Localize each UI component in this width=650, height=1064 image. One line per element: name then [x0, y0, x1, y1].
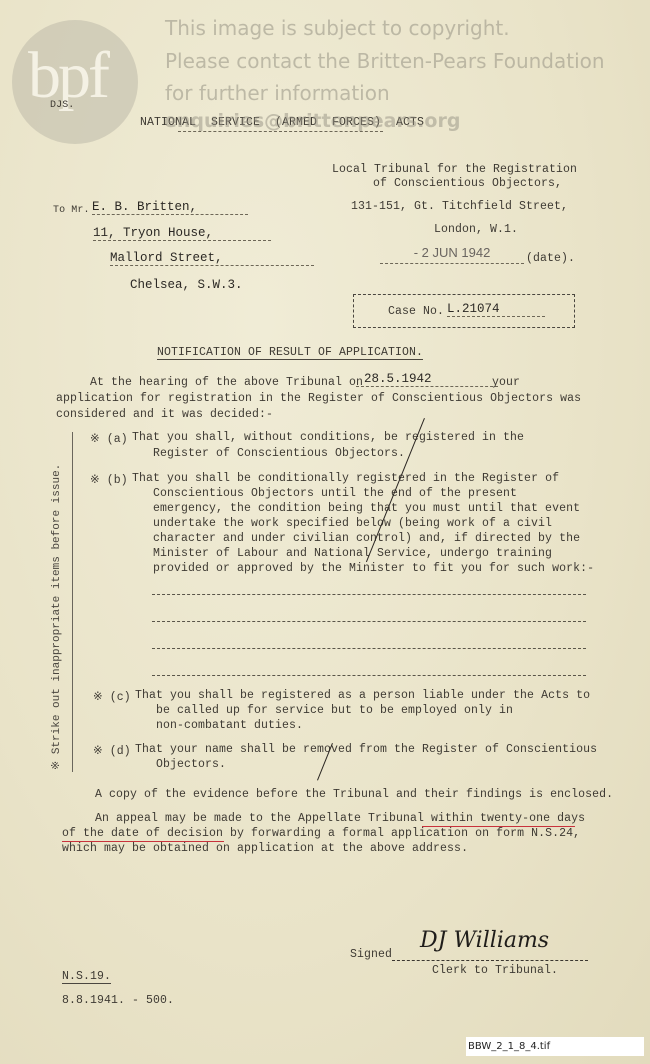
signed-label: Signed	[350, 948, 392, 961]
tribunal-name-line-1: Local Tribunal for the Registration	[332, 163, 577, 176]
work-fill-line-1	[152, 594, 586, 595]
date-stamp: - 2 JUN 1942	[380, 245, 524, 264]
watermark-line-1: This image is subject to copyright.	[165, 16, 510, 40]
recipient-prefix: To Mr.	[53, 205, 90, 216]
signature-line	[392, 960, 588, 961]
item-b-line-2: Conscientious Objectors until the end of…	[153, 487, 517, 500]
watermark-email: enquiries@brittenpears.org	[164, 110, 460, 132]
tribunal-address-2: London, W.1.	[434, 223, 518, 236]
appeal-line-3: which may be obtained on application at …	[62, 842, 468, 855]
item-c-line-2: be called up for service but to be emplo…	[156, 704, 513, 717]
work-fill-line-4	[152, 675, 586, 676]
item-d-line-1: That your name shall be removed from the…	[135, 743, 597, 756]
item-a-mark: ※ (a)	[90, 431, 128, 446]
item-c-line-3: non-combatant duties.	[156, 719, 303, 732]
recipient-name: E. B. Britten,	[92, 200, 248, 215]
header-underline	[178, 131, 383, 132]
tribunal-name-line-2: of Conscientious Objectors,	[373, 177, 562, 190]
intro-line-3: considered and it was decided:-	[56, 408, 273, 421]
item-b-line-1: That you shall be conditionally register…	[132, 472, 559, 485]
tribunal-address-1: 131-151, Gt. Titchfield Street,	[351, 200, 568, 213]
notice-title: NOTIFICATION OF RESULT OF APPLICATION.	[157, 346, 423, 360]
item-b-mark: ※ (b)	[90, 472, 128, 487]
red-underline-1	[422, 826, 575, 827]
evidence-note: A copy of the evidence before the Tribun…	[95, 788, 613, 801]
reference-initials: DJS.	[50, 100, 74, 111]
watermark-line-2: Please contact the Britten-Pears Foundat…	[165, 49, 605, 73]
intro-text-start: At the hearing of the above Tribunal on	[90, 376, 363, 389]
signer-role: Clerk to Tribunal.	[432, 964, 558, 977]
recipient-address-2: Mallord Street,	[110, 251, 314, 266]
item-b-line-3: emergency, the condition being that you …	[153, 502, 580, 515]
work-fill-line-2	[152, 621, 586, 622]
item-a-line-2: Register of Conscientious Objectors.	[153, 447, 405, 460]
case-number-value: L.21074	[447, 302, 545, 317]
margin-instruction: ※ Strike out inappropriate items before …	[49, 464, 63, 770]
recipient-address-1: 11, Tryon House,	[93, 226, 271, 241]
item-b-line-7: provided or approved by the Minister to …	[153, 562, 594, 575]
watermark-line-3: for further information	[165, 81, 390, 105]
recipient-address-3: Chelsea, S.W.3.	[130, 278, 243, 292]
document-page: bpf This image is subject to copyright. …	[0, 0, 650, 1064]
item-b-line-5: character and under civilian control) an…	[153, 532, 580, 545]
intro-text-end: your	[492, 376, 520, 389]
form-number: N.S.19.	[62, 970, 111, 984]
item-d-line-2: Objectors.	[156, 758, 226, 771]
item-c-mark: ※ (c)	[93, 689, 131, 704]
item-b-line-6: Minister of Labour and National Service,…	[153, 547, 552, 560]
item-c-line-1: That you shall be registered as a person…	[135, 689, 590, 702]
hearing-date: 28.5.1942	[356, 372, 498, 387]
item-b-line-4: undertake the work specified below (bein…	[153, 517, 552, 530]
red-underline-2	[62, 841, 224, 842]
appeal-line-2: of the date of decision by forwarding a …	[62, 827, 580, 840]
date-label: (date).	[526, 252, 575, 265]
appeal-line-1: An appeal may be made to the Appellate T…	[95, 812, 585, 825]
intro-line-2: application for registration in the Regi…	[56, 392, 581, 405]
work-fill-line-3	[152, 648, 586, 649]
file-name-label: BBW_2_1_8_4.tif	[466, 1037, 644, 1056]
signature: DJ Williams	[420, 928, 549, 953]
print-info: 8.8.1941. - 500.	[62, 994, 174, 1007]
case-number-label: Case No.	[388, 305, 444, 318]
item-a-line-1: That you shall, without conditions, be r…	[132, 431, 524, 444]
margin-brace	[72, 432, 81, 772]
item-d-mark: ※ (d)	[93, 743, 131, 758]
